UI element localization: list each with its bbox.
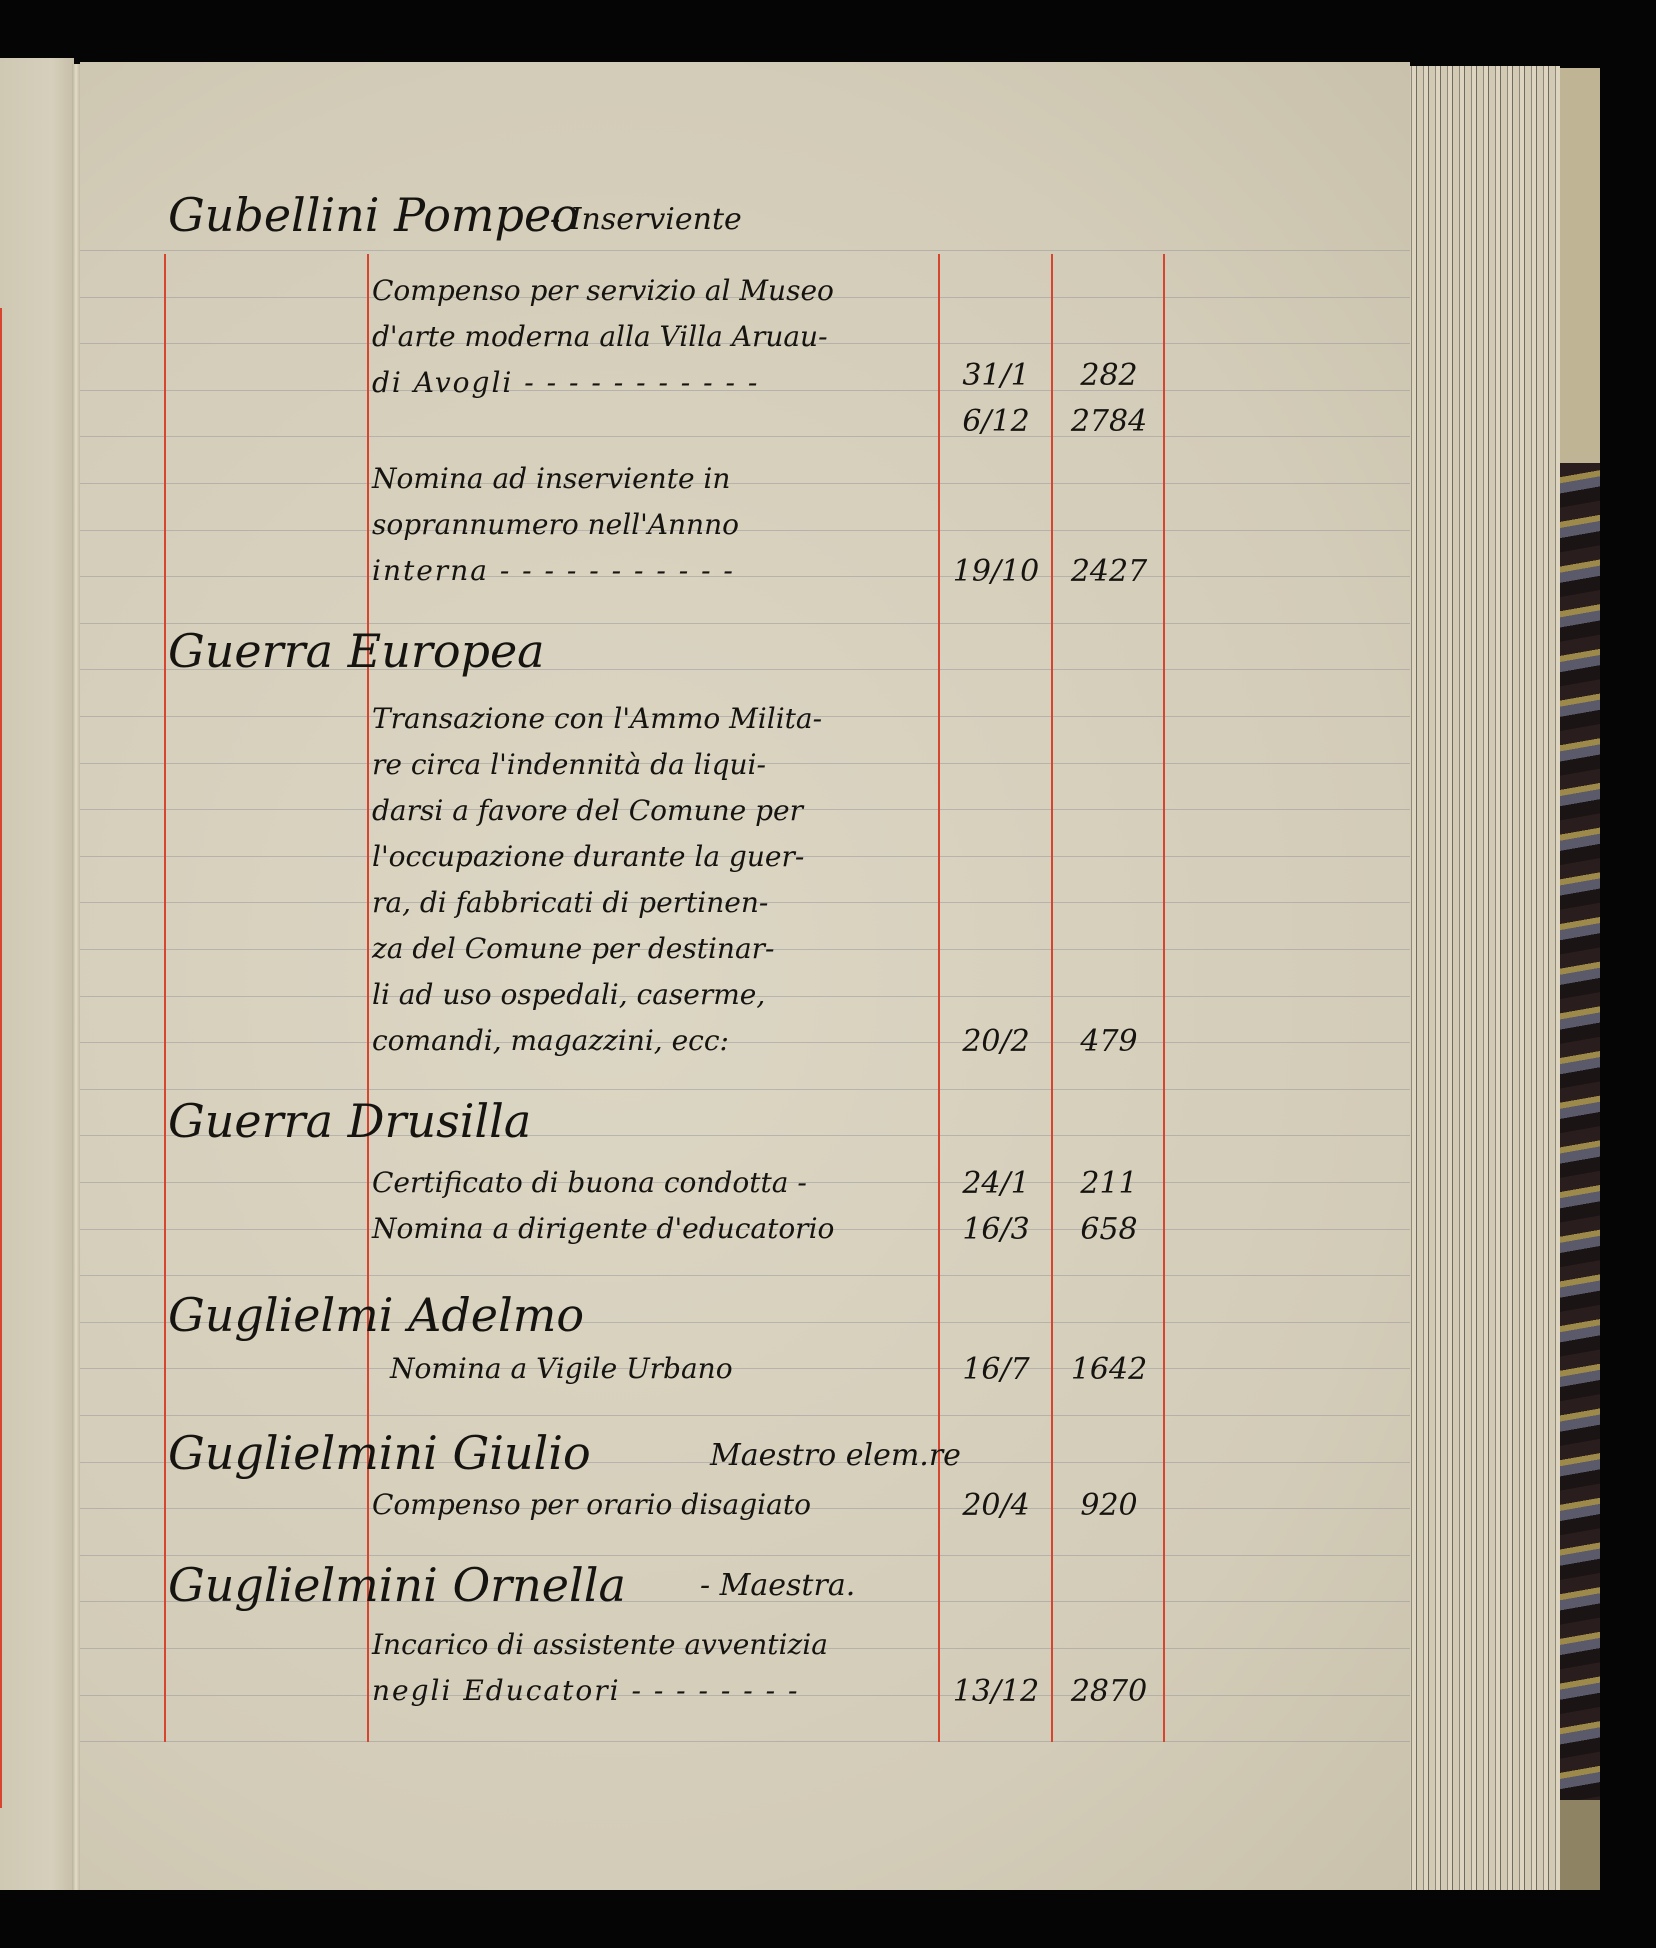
page-edges-stack <box>1405 66 1560 1890</box>
entry-number: 1642 <box>1055 1352 1163 1387</box>
red-rule-name-column <box>164 254 166 1742</box>
entry-heading: Guglielmini Ornella <box>168 1558 626 1612</box>
red-rule-date-column <box>938 254 940 1742</box>
entry-line: d'arte moderna alla Villa Aruau- <box>372 320 828 353</box>
ruling-line <box>80 250 1410 251</box>
entry-line: Transazione con l'Ammo Milita- <box>372 702 822 735</box>
entry-line: darsi a favore del Comune per <box>372 794 803 827</box>
entry-number: 2427 <box>1055 554 1163 589</box>
ledger-page: Gubellini Pompeo - Inserviente Compenso … <box>80 62 1410 1890</box>
entry-number: 211 <box>1055 1166 1163 1201</box>
entry-number: 658 <box>1055 1212 1163 1247</box>
entry-heading: Guglielmini Giulio <box>168 1426 591 1480</box>
entry-number: 479 <box>1055 1024 1163 1059</box>
entry-date: 31/1 <box>942 358 1050 393</box>
entry-line: za del Comune per destinar- <box>372 932 775 965</box>
entry-heading: Guglielmi Adelmo <box>168 1288 584 1342</box>
entry-heading: Guerra Drusilla <box>168 1094 531 1148</box>
ruling-line <box>80 1368 1410 1369</box>
red-rule-subject-column <box>367 254 369 1742</box>
ruling-line <box>80 1555 1410 1556</box>
entry-line: Incarico di assistente avventizia <box>372 1628 828 1661</box>
entry-date: 19/10 <box>942 554 1050 589</box>
entry-line: Nomina ad inserviente in <box>372 462 730 495</box>
entry-role: - Inserviente <box>550 202 742 237</box>
left-page-red-rule <box>0 308 2 1808</box>
entry-number: 282 <box>1055 358 1163 393</box>
entry-line: comandi, magazzini, ecc: <box>372 1024 729 1057</box>
ruling-line <box>80 530 1410 531</box>
entry-role: - Maestra. <box>700 1568 855 1603</box>
entry-date: 13/12 <box>942 1674 1050 1709</box>
entry-date: 16/7 <box>942 1352 1050 1387</box>
cover-corner-top <box>1560 68 1600 463</box>
entry-date: 16/3 <box>942 1212 1050 1247</box>
entry-date: 24/1 <box>942 1166 1050 1201</box>
ruling-line <box>80 1275 1410 1276</box>
entry-number: 2784 <box>1055 404 1163 439</box>
entry-date: 20/4 <box>942 1488 1050 1523</box>
entry-line: re circa l'indennità da liqui- <box>372 748 766 781</box>
entry-heading: Guerra Europea <box>168 624 545 678</box>
entry-date: 20/2 <box>942 1024 1050 1059</box>
ruling-line <box>80 576 1410 577</box>
entry-line: negli Educatori - - - - - - - - <box>372 1674 799 1707</box>
entry-line: Nomina a dirigente d'educatorio <box>372 1212 834 1245</box>
entry-role: Maestro elem.re <box>710 1438 961 1473</box>
entry-line: Nomina a Vigile Urbano <box>390 1352 733 1385</box>
entry-heading: Gubellini Pompeo <box>168 188 579 242</box>
entry-number: 920 <box>1055 1488 1163 1523</box>
entry-number: 2870 <box>1055 1674 1163 1709</box>
entry-line: li ad uso ospedali, caserme, <box>372 978 765 1011</box>
book-gutter <box>72 64 80 1890</box>
ruling-line <box>80 1741 1410 1742</box>
marbled-cover <box>1560 463 1600 1803</box>
ruling-line <box>80 1042 1410 1043</box>
entry-line: Compenso per servizio al Museo <box>372 274 834 307</box>
entry-line: l'occupazione durante la guer- <box>372 840 804 873</box>
entry-line: soprannumero nell'Annno <box>372 508 739 541</box>
entry-line: interna - - - - - - - - - - - <box>372 554 735 587</box>
left-page-margin <box>0 58 74 1890</box>
ruling-line <box>80 483 1410 484</box>
cover-corner-bottom <box>1560 1800 1600 1890</box>
entry-line: ra, di fabbricati di pertinen- <box>372 886 768 919</box>
red-rule-right-margin <box>1163 254 1165 1742</box>
ruling-line <box>80 1415 1410 1416</box>
entry-line: di Avogli - - - - - - - - - - - <box>372 366 759 399</box>
entry-line: Compenso per orario disagiato <box>372 1488 811 1521</box>
ruling-line <box>80 436 1410 437</box>
entry-date: 6/12 <box>942 404 1050 439</box>
ruling-line <box>80 1089 1410 1090</box>
entry-line: Certificato di buona condotta - <box>372 1166 807 1199</box>
red-rule-number-column <box>1051 254 1053 1742</box>
